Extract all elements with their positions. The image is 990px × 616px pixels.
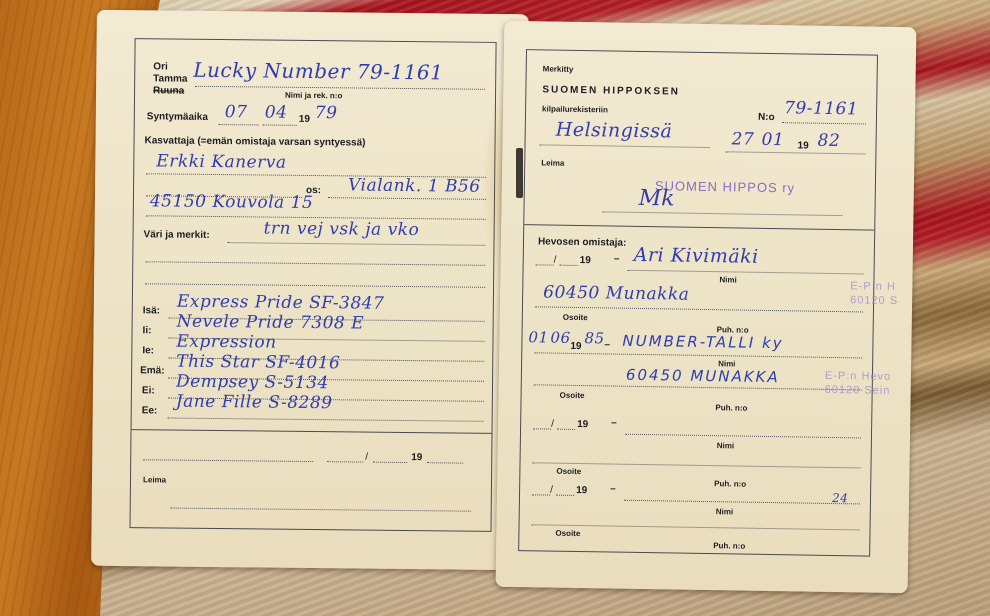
owner-entry-2: 01 06 19 85 – NUMBER-TALLI ky Nimi 60450… [527,50,877,55]
pedigree-sire-sire: Nevele Pride 7308 E [177,312,365,334]
owner-day: 01 [528,328,548,346]
owner-date-century: 19 [580,255,591,266]
pedigree-dam: This Star SF-4016 [176,352,340,374]
number-value: 79-1161 [784,98,858,119]
reg-month: 01 [761,130,784,150]
owner-address: 60450 Munakka [543,282,689,304]
left-form-frame: Ori Tamma Ruuna Lucky Number 79-1161 Nim… [129,38,496,532]
owner-date-century: 19 [570,341,581,352]
right-form-frame: Merkitty SUOMEN HIPPOKSEN kilpailurekist… [518,49,878,556]
signature: Mk [639,186,675,212]
pedigree-label: Ie: [142,345,154,356]
address-line1: Vialank. 1 B56 [348,175,481,196]
issue-date-century: 19 [411,452,422,463]
address-caption: Osoite [556,467,581,476]
pedigree-dam-dam: Jane Fille S-8289 [176,392,333,414]
gender-ori: Ori [153,61,168,72]
owner-year: 85 [584,329,604,347]
pedigree-label: Ii: [143,325,152,336]
owner-name: Ari Kivimäki [634,244,759,268]
name-caption: Nimi [716,507,733,516]
phone-caption: Puh. n:o [715,403,747,413]
phone-caption: Puh. n:o [714,479,746,489]
name-caption: Nimi ja rek. n:o [285,91,342,101]
name-caption: Nimi [717,441,734,450]
reg-century: 19 [797,140,808,151]
pedigree-label: Ee: [142,405,158,416]
address-line2: 45150 Kouvola 15 [150,191,314,213]
owner-entry-1: / 19 – Ari Kivimäki Nimi 60450 Munakka O… [527,50,877,55]
pedigree-sire: Express Pride SF-3847 [177,292,385,314]
pedigree-label: Emä: [140,365,165,376]
left-stamp-label: Leima [143,475,166,484]
number-label: N:o [758,112,775,123]
place-value: Helsingissä [556,119,673,143]
birth-day: 07 [225,102,248,122]
breeder-label: Kasvattaja (=emän omistaja varsan syntye… [144,135,365,148]
gender-ruuna: Ruuna [153,85,184,96]
reg-day: 27 [731,129,754,149]
birth-year: 79 [315,103,338,123]
staple [516,148,523,198]
header-merkitty: Merkitty [543,64,574,73]
phone-caption: Puh. n:o [713,541,745,551]
reg-year: 82 [817,131,840,151]
owner-section-label: Hevosen omistaja: [538,236,627,248]
header-hippos: SUOMEN HIPPOKSEN [542,84,680,97]
booklet-right-page: Merkitty SUOMEN HIPPOKSEN kilpailurekist… [496,21,917,593]
pedigree-label: Ei: [142,385,155,396]
address-caption: Osoite [560,391,585,400]
hippos-official-stamp: SUOMEN HIPPOS ry [655,178,795,195]
owner-name: NUMBER-TALLI ky [622,332,783,353]
pedigree-label: Isä: [143,305,160,316]
pedigree-dam-sire: Dempsey S-5134 [176,372,329,394]
owner-entry-4: / 19 – 24 Nimi Osoite Puh. n:o [527,50,877,55]
birth-month: 04 [265,103,288,123]
horse-name-value: Lucky Number 79-1161 [193,58,443,85]
breeder-name: Erkki Kanerva [156,151,286,172]
color-label: Väri ja merkit: [144,229,210,241]
birth-century: 19 [299,114,310,125]
pedigree-sire-dam: Expression [176,332,276,353]
owner-date-century: 19 [576,485,587,496]
owner-month: 06 [550,329,570,347]
name-caption: Nimi [719,275,736,284]
address-caption: Osoite [555,529,580,538]
color-value: trn vej vsk ja vko [264,219,420,241]
header-register: kilpailurekisteriin [542,104,608,114]
pedigree-list: Isä: Express Pride SF-3847 Ii: Nevele Pr… [136,39,496,43]
margin-mark: 24 [832,491,848,505]
birth-label: Syntymäaika [147,111,208,123]
owner-entry-3: / 19 – Nimi Osoite Puh. n:o [527,50,877,55]
booklet-left-page: Ori Tamma Ruuna Lucky Number 79-1161 Nim… [91,10,529,570]
address-caption: Osoite [563,313,588,322]
gender-tamma: Tamma [153,73,187,84]
owner-address: 60450 MUNAKKA [626,366,780,386]
right-stamp-label: Leima [541,158,564,167]
owner-date-century: 19 [577,419,588,430]
